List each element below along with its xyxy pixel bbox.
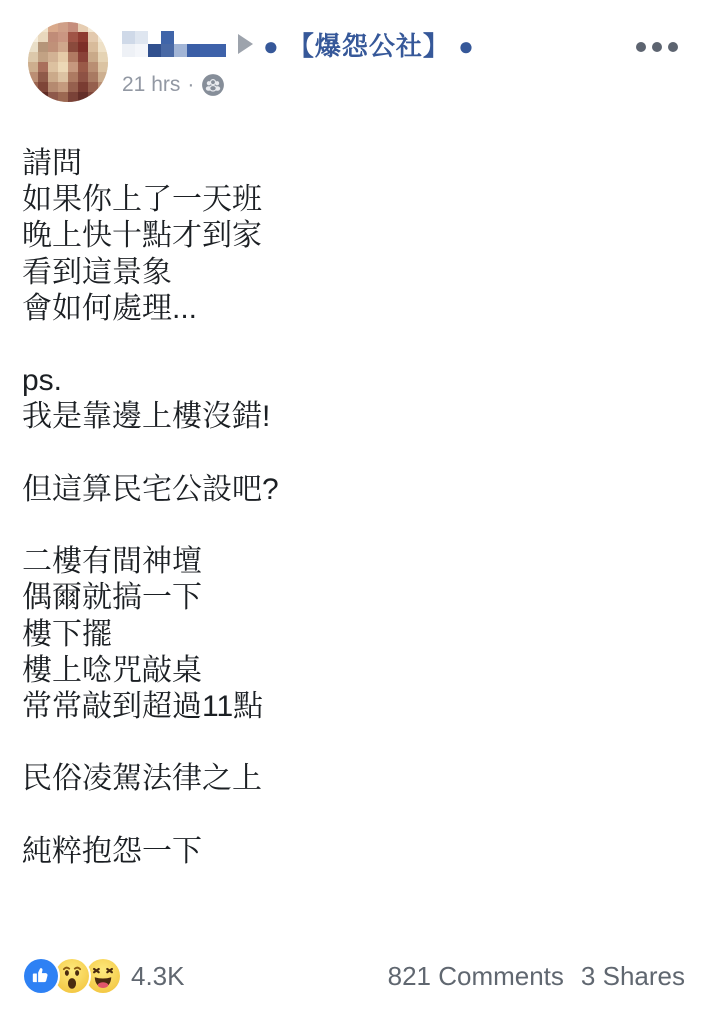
header-text: ● 【爆怨公社】 ● 21 hrs ·: [122, 28, 622, 97]
post-line: 如果你上了一天班: [22, 182, 688, 218]
ellipsis-dot: [652, 42, 662, 52]
post-line: 我是靠邊上樓沒錯!: [22, 399, 688, 435]
post-line: 二樓有間神壇: [22, 544, 688, 580]
post-line: 晚上快十點才到家: [22, 218, 688, 254]
comments-count[interactable]: 821 Comments: [388, 961, 564, 992]
post-line: [22, 327, 688, 363]
header-line1: ● 【爆怨公社】 ●: [122, 28, 622, 60]
avatar-blur-mosaic: [28, 22, 108, 102]
post-line: [22, 508, 688, 544]
post-line: 常常敲到超過11點: [22, 689, 688, 725]
ellipsis-dot: [668, 42, 678, 52]
reaction-icons[interactable]: [22, 957, 122, 995]
like-reaction-icon[interactable]: [22, 957, 60, 995]
post-line: 純粹抱怨一下: [22, 834, 688, 870]
post-options-menu[interactable]: [632, 38, 682, 56]
engagement-bar: 4.3K 821 Comments 3 Shares: [22, 954, 685, 998]
timestamp[interactable]: 21 hrs: [122, 73, 180, 97]
group-privacy-icon: [201, 73, 225, 97]
post-line: ps.: [22, 363, 688, 399]
post-body-text: 請問 如果你上了一天班 晚上快十點才到家 看到這景象 會如何處理... ps. …: [22, 146, 688, 870]
post-line: 請問: [22, 146, 688, 182]
post-line: 看到這景象: [22, 255, 688, 291]
reaction-count[interactable]: 4.3K: [131, 961, 185, 992]
post-line: 偶爾就搞一下: [22, 580, 688, 616]
post-line: 會如何處理...: [22, 291, 688, 327]
header-line2: 21 hrs ·: [122, 73, 622, 97]
author-name-blurred[interactable]: [122, 31, 226, 57]
post-header: ● 【爆怨公社】 ● 21 hrs ·: [28, 22, 682, 106]
post-line: [22, 725, 688, 761]
post-line: [22, 798, 688, 834]
ellipsis-dot: [636, 42, 646, 52]
post-line: [22, 436, 688, 472]
shares-count[interactable]: 3 Shares: [581, 961, 685, 992]
separator-dot: ·: [187, 73, 194, 97]
post-line: 但這算民宅公設吧?: [22, 472, 688, 508]
chevron-right-icon: [238, 34, 253, 54]
post-line: 民俗凌駕法律之上: [22, 761, 688, 797]
group-name-link[interactable]: ● 【爆怨公社】 ●: [263, 26, 475, 63]
post-line: 樓下擺: [22, 617, 688, 653]
avatar[interactable]: [28, 22, 108, 102]
post-line: 樓上唸咒敲桌: [22, 653, 688, 689]
